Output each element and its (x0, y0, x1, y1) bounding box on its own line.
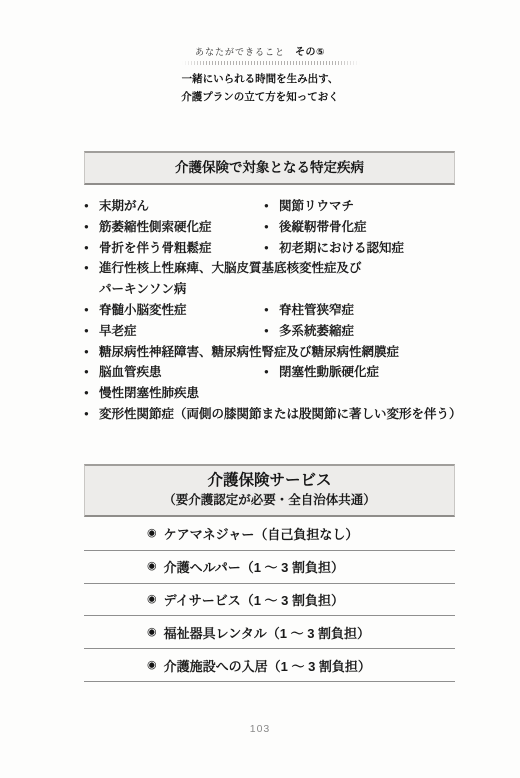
disease-item-text: 慢性閉塞性肺疾患 (99, 383, 199, 404)
disease-item: ●筋萎縮性側索硬化症 (84, 217, 264, 238)
disease-item: ●末期がん (84, 196, 264, 217)
disease-row: ●変形性関節症（両側の膝関節または股関節に著しい変形を伴う） (84, 404, 476, 425)
bullet-icon: ● (84, 258, 99, 300)
disease-item: ●後縦靭帯骨化症 (264, 217, 476, 238)
disease-item-text: 脊柱管狭窄症 (279, 300, 354, 321)
disease-item-text: 後縦靭帯骨化症 (279, 217, 367, 238)
bullet-icon: ● (84, 404, 99, 425)
disease-item-text: 脊髄小脳変性症 (99, 300, 187, 321)
main-title-line1: 一緒にいられる時間を生み出す、 (0, 70, 520, 88)
disease-item-text: 進行性核上性麻痺、大脳皮質基底核変性症及び パーキンソン病 (99, 258, 362, 300)
disease-row: ●末期がん●関節リウマチ (84, 196, 476, 217)
fisheye-bullet-icon: ◉ (147, 528, 157, 539)
book-page: あなたができることその⑤ 一緒にいられる時間を生み出す、 介護プランの立て方を知… (0, 0, 520, 778)
hatched-divider-icon (182, 61, 360, 65)
disease-item: ●慢性閉塞性肺疾患 (84, 383, 264, 404)
disease-item: ●糖尿病性神経障害、糖尿病性腎症及び糖尿病性網膜症 (84, 342, 399, 363)
diseases-box-title: 介護保険で対象となる特定疾病 (85, 153, 454, 183)
services-box-title: 介護保険サービス (85, 471, 454, 491)
disease-item-text: 早老症 (99, 321, 137, 342)
bullet-icon: ● (264, 238, 279, 259)
bullet-icon: ● (84, 321, 99, 342)
disease-row: ●慢性閉塞性肺疾患 (84, 383, 476, 404)
services-box-subtitle: （要介護認定が必要・全自治体共通） (85, 491, 454, 510)
kicker-text: あなたができること (195, 47, 285, 57)
disease-item-text: 多系統萎縮症 (279, 321, 354, 342)
disease-item: ●変形性関節症（両側の膝関節または股関節に著しい変形を伴う） (84, 404, 462, 425)
bullet-icon: ● (264, 196, 279, 217)
disease-item: ●初老期における認知症 (264, 238, 476, 259)
disease-row: ●進行性核上性麻痺、大脳皮質基底核変性症及び パーキンソン病 (84, 258, 476, 300)
disease-item: ●脳血管疾患 (84, 362, 264, 383)
service-row: ◉介護施設への入居（1 〜 3 割負担） (84, 649, 455, 682)
disease-row: ●糖尿病性神経障害、糖尿病性腎症及び糖尿病性網膜症 (84, 342, 476, 363)
disease-row: ●脊髄小脳変性症●脊柱管狭窄症 (84, 300, 476, 321)
disease-item-text: 関節リウマチ (279, 196, 354, 217)
bullet-icon: ● (84, 196, 99, 217)
disease-item: ●脊髄小脳変性症 (84, 300, 264, 321)
service-row: ◉ケアマネジャー（自己負担なし） (84, 518, 455, 551)
bullet-icon: ● (84, 300, 99, 321)
disease-item-text: 末期がん (99, 196, 149, 217)
service-row: ◉デイサービス（1 〜 3 割負担） (84, 584, 455, 617)
disease-list: ●末期がん●関節リウマチ●筋萎縮性側索硬化症●後縦靭帯骨化症●骨折を伴う骨粗鬆症… (84, 196, 476, 425)
disease-item-text: 初老期における認知症 (279, 238, 404, 259)
page-kicker: あなたができることその⑤ (0, 43, 520, 58)
disease-row: ●筋萎縮性側索硬化症●後縦靭帯骨化症 (84, 217, 476, 238)
bullet-icon: ● (264, 321, 279, 342)
disease-item-text: 変形性関節症（両側の膝関節または股関節に著しい変形を伴う） (99, 404, 462, 425)
disease-item-text: 閉塞性動脈硬化症 (279, 362, 379, 383)
fisheye-bullet-icon: ◉ (147, 594, 157, 605)
service-row: ◉介護ヘルパー（1 〜 3 割負担） (84, 551, 455, 584)
disease-item-text: 筋萎縮性側索硬化症 (99, 217, 212, 238)
disease-item: ●多系統萎縮症 (264, 321, 476, 342)
section-main-title: 一緒にいられる時間を生み出す、 介護プランの立て方を知っておく (0, 70, 520, 106)
main-title-line2: 介護プランの立て方を知っておく (0, 88, 520, 106)
fisheye-bullet-icon: ◉ (147, 561, 157, 572)
disease-item: ●関節リウマチ (264, 196, 476, 217)
bullet-icon: ● (84, 362, 99, 383)
bullet-icon: ● (264, 362, 279, 383)
bullet-icon: ● (84, 342, 99, 363)
service-row: ◉福祉器具レンタル（1 〜 3 割負担） (84, 616, 455, 649)
bullet-icon: ● (84, 238, 99, 259)
disease-item: ●進行性核上性麻痺、大脳皮質基底核変性症及び パーキンソン病 (84, 258, 362, 300)
kicker-number: その⑤ (295, 47, 325, 58)
disease-row: ●脳血管疾患●閉塞性動脈硬化症 (84, 362, 476, 383)
disease-item: ●早老症 (84, 321, 264, 342)
service-item-text: 介護ヘルパー（1 〜 3 割負担） (164, 557, 344, 576)
fisheye-bullet-icon: ◉ (147, 627, 157, 638)
service-item-text: ケアマネジャー（自己負担なし） (164, 524, 359, 543)
service-item-text: 介護施設への入居（1 〜 3 割負担） (164, 656, 371, 675)
disease-item: ●骨折を伴う骨粗鬆症 (84, 238, 264, 259)
disease-item-text: 骨折を伴う骨粗鬆症 (99, 238, 212, 259)
page-number: 103 (0, 723, 520, 735)
diseases-box-header: 介護保険で対象となる特定疾病 (84, 151, 455, 185)
services-box-header: 介護保険サービス （要介護認定が必要・全自治体共通） (84, 464, 455, 517)
disease-item: ●閉塞性動脈硬化症 (264, 362, 476, 383)
service-list: ◉ケアマネジャー（自己負担なし）◉介護ヘルパー（1 〜 3 割負担）◉デイサービ… (84, 518, 455, 682)
disease-row: ●早老症●多系統萎縮症 (84, 321, 476, 342)
disease-item-text: 糖尿病性神経障害、糖尿病性腎症及び糖尿病性網膜症 (99, 342, 399, 363)
bullet-icon: ● (264, 300, 279, 321)
service-item-text: 福祉器具レンタル（1 〜 3 割負担） (164, 623, 370, 642)
disease-item-text: 脳血管疾患 (99, 362, 162, 383)
service-item-text: デイサービス（1 〜 3 割負担） (164, 590, 344, 609)
bullet-icon: ● (84, 217, 99, 238)
bullet-icon: ● (84, 383, 99, 404)
fisheye-bullet-icon: ◉ (147, 660, 157, 671)
disease-row: ●骨折を伴う骨粗鬆症●初老期における認知症 (84, 238, 476, 259)
disease-item: ●脊柱管狭窄症 (264, 300, 476, 321)
bullet-icon: ● (264, 217, 279, 238)
